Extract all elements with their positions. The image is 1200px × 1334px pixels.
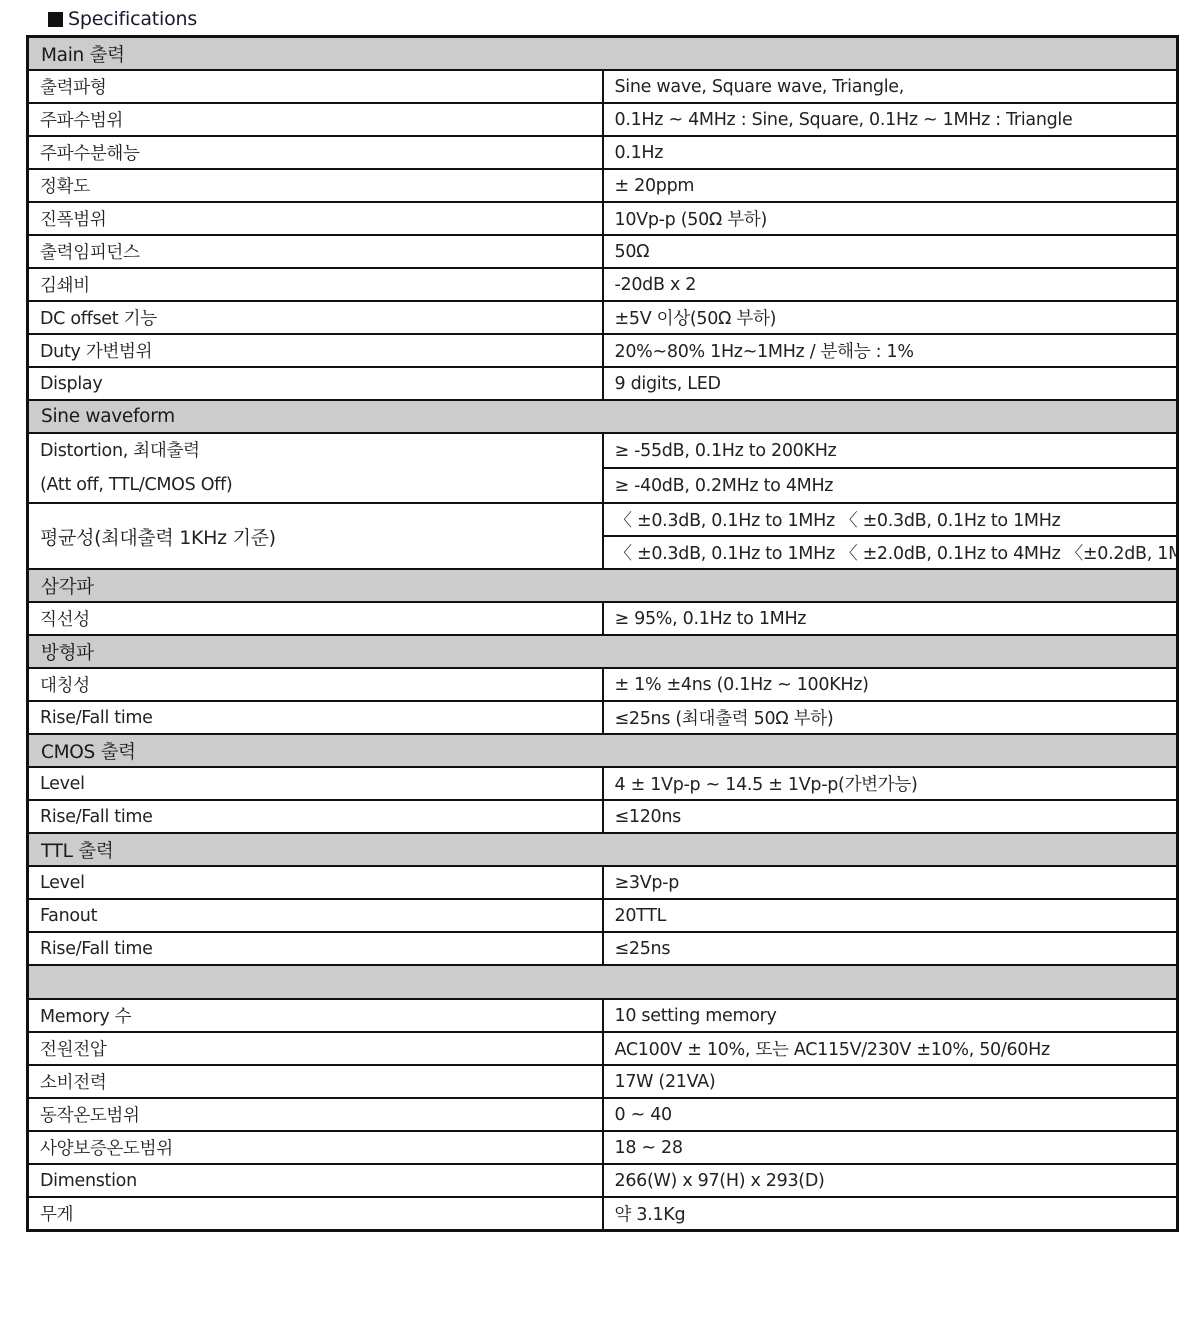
table-row: Dimenstion 266(W) x 97(H) x 293(D)	[28, 1164, 1178, 1197]
spec-key-line: Distortion, 최대출력	[40, 434, 592, 468]
spec-value: AC100V ± 10%, 또는 AC115V/230V ±10%, 50/60…	[603, 1032, 1178, 1065]
spec-value: 20TTL	[603, 899, 1178, 932]
spec-value: ≤25ns (최대출력 50Ω 부하)	[603, 701, 1178, 734]
spec-value: 266(W) x 97(H) x 293(D)	[603, 1164, 1178, 1197]
section-header-square: 방형파	[28, 635, 1178, 668]
table-row: Duty 가변범위 20%~80% 1Hz~1MHz / 분해능 : 1%	[28, 334, 1178, 367]
spec-key: DC offset 기능	[28, 301, 603, 334]
spec-value: 10Vp-p (50Ω 부하)	[603, 202, 1178, 235]
section-header-triangle: 삼각파	[28, 569, 1178, 602]
spec-value: ≥ -40dB, 0.2MHz to 4MHz	[603, 468, 1178, 503]
spec-value: ≤120ns	[603, 800, 1178, 833]
spec-value: 17W (21VA)	[603, 1065, 1178, 1098]
spec-key: 동작온도범위	[28, 1098, 603, 1131]
spec-key: Duty 가변범위	[28, 334, 603, 367]
spec-value: 0.1Hz ~ 4MHz : Sine, Square, 0.1Hz ~ 1MH…	[603, 103, 1178, 136]
table-row: Level ≥3Vp-p	[28, 866, 1178, 899]
spec-value: ≥ 95%, 0.1Hz to 1MHz	[603, 602, 1178, 635]
spec-key: Display	[28, 367, 603, 400]
spec-key: Rise/Fall time	[28, 932, 603, 965]
spec-value: ± 20ppm	[603, 169, 1178, 202]
spec-key: 진폭범위	[28, 202, 603, 235]
spec-key: 김쇄비	[28, 268, 603, 301]
spec-key: 전원전압	[28, 1032, 603, 1065]
section-title: Sine waveform	[28, 400, 1178, 433]
spec-value: ≥3Vp-p	[603, 866, 1178, 899]
spec-value: ≥ -55dB, 0.1Hz to 200KHz	[603, 433, 1178, 468]
table-row: Distortion, 최대출력 (Att off, TTL/CMOS Off)…	[28, 433, 1178, 468]
table-row: Rise/Fall time ≤25ns (최대출력 50Ω 부하)	[28, 701, 1178, 734]
page-title: Specifications	[48, 6, 197, 32]
table-row: 정확도 ± 20ppm	[28, 169, 1178, 202]
table-row: 김쇄비 -20dB x 2	[28, 268, 1178, 301]
spec-value: 20%~80% 1Hz~1MHz / 분해능 : 1%	[603, 334, 1178, 367]
spec-key: Rise/Fall time	[28, 701, 603, 734]
table-row: Display 9 digits, LED	[28, 367, 1178, 400]
section-title: 방형파	[28, 635, 1178, 668]
table-row: Rise/Fall time ≤120ns	[28, 800, 1178, 833]
table-row: 무게 약 3.1Kg	[28, 1197, 1178, 1231]
spec-key-line: (Att off, TTL/CMOS Off)	[40, 468, 592, 502]
spec-key: 정확도	[28, 169, 603, 202]
spec-value: 10 setting memory	[603, 999, 1178, 1032]
spec-key: Level	[28, 866, 603, 899]
table-row: 진폭범위 10Vp-p (50Ω 부하)	[28, 202, 1178, 235]
spec-key: 무게	[28, 1197, 603, 1231]
table-row: 소비전력 17W (21VA)	[28, 1065, 1178, 1098]
spec-value: ±5V 이상(50Ω 부하)	[603, 301, 1178, 334]
table-row: Rise/Fall time ≤25ns	[28, 932, 1178, 965]
spec-key: Memory 수	[28, 999, 603, 1032]
section-title	[28, 965, 1178, 999]
table-row: 대칭성 ± 1% ±4ns (0.1Hz ~ 100KHz)	[28, 668, 1178, 701]
spec-key-distortion: Distortion, 최대출력 (Att off, TTL/CMOS Off)	[28, 433, 603, 503]
table-row: Fanout 20TTL	[28, 899, 1178, 932]
spec-key: 소비전력	[28, 1065, 603, 1098]
spec-key: Level	[28, 767, 603, 800]
section-header-general	[28, 965, 1178, 999]
specifications-table: Main 출력 출력파형 Sine wave, Square wave, Tri…	[26, 35, 1179, 1232]
spec-value: 18 ~ 28	[603, 1131, 1178, 1164]
spec-key: 출력임피던스	[28, 235, 603, 268]
spec-value: -20dB x 2	[603, 268, 1178, 301]
spec-value: 0.1Hz	[603, 136, 1178, 169]
spec-key: Dimenstion	[28, 1164, 603, 1197]
spec-key: Rise/Fall time	[28, 800, 603, 833]
spec-value: Sine wave, Square wave, Triangle,	[603, 70, 1178, 103]
spec-key: 주파수분해능	[28, 136, 603, 169]
spec-value: 0 ~ 40	[603, 1098, 1178, 1131]
table-row: Memory 수 10 setting memory	[28, 999, 1178, 1032]
table-row: 출력임피던스 50Ω	[28, 235, 1178, 268]
section-header-main-output: Main 출력	[28, 37, 1178, 71]
section-header-sine-waveform: Sine waveform	[28, 400, 1178, 433]
section-title: CMOS 출력	[28, 734, 1178, 767]
spec-key: Fanout	[28, 899, 603, 932]
spec-key: 대칭성	[28, 668, 603, 701]
spec-value: 약 3.1Kg	[603, 1197, 1178, 1231]
table-row: 출력파형 Sine wave, Square wave, Triangle,	[28, 70, 1178, 103]
table-row: 주파수분해능 0.1Hz	[28, 136, 1178, 169]
spec-key: 출력파형	[28, 70, 603, 103]
table-row: 사양보증온도범위 18 ~ 28	[28, 1131, 1178, 1164]
black-square-icon	[48, 12, 63, 27]
spec-value: 4 ± 1Vp-p ~ 14.5 ± 1Vp-p(가변가능)	[603, 767, 1178, 800]
section-title: TTL 출력	[28, 833, 1178, 866]
title-text: Specifications	[68, 8, 197, 30]
spec-value: ± 1% ±4ns (0.1Hz ~ 100KHz)	[603, 668, 1178, 701]
table-row: 주파수범위 0.1Hz ~ 4MHz : Sine, Square, 0.1Hz…	[28, 103, 1178, 136]
table-row: 동작온도범위 0 ~ 40	[28, 1098, 1178, 1131]
spec-key-flatness: 평균성(최대출력 1KHz 기준)	[28, 503, 603, 569]
spec-value: 9 digits, LED	[603, 367, 1178, 400]
table-row: DC offset 기능 ±5V 이상(50Ω 부하)	[28, 301, 1178, 334]
table-row: 직선성 ≥ 95%, 0.1Hz to 1MHz	[28, 602, 1178, 635]
spec-value: 50Ω	[603, 235, 1178, 268]
section-header-ttl-output: TTL 출력	[28, 833, 1178, 866]
table-row: 전원전압 AC100V ± 10%, 또는 AC115V/230V ±10%, …	[28, 1032, 1178, 1065]
table-row: 평균성(최대출력 1KHz 기준) 〈 ±0.3dB, 0.1Hz to 1MH…	[28, 503, 1178, 536]
spec-value: 〈 ±0.3dB, 0.1Hz to 1MHz 〈 ±0.3dB, 0.1Hz …	[603, 503, 1178, 536]
spec-value: ≤25ns	[603, 932, 1178, 965]
section-title: Main 출력	[28, 37, 1178, 71]
spec-value: 〈 ±0.3dB, 0.1Hz to 1MHz 〈 ±2.0dB, 0.1Hz …	[603, 536, 1178, 569]
section-header-cmos-output: CMOS 출력	[28, 734, 1178, 767]
spec-key: 직선성	[28, 602, 603, 635]
table-row: Level 4 ± 1Vp-p ~ 14.5 ± 1Vp-p(가변가능)	[28, 767, 1178, 800]
section-title: 삼각파	[28, 569, 1178, 602]
spec-key: 사양보증온도범위	[28, 1131, 603, 1164]
spec-key: 주파수범위	[28, 103, 603, 136]
